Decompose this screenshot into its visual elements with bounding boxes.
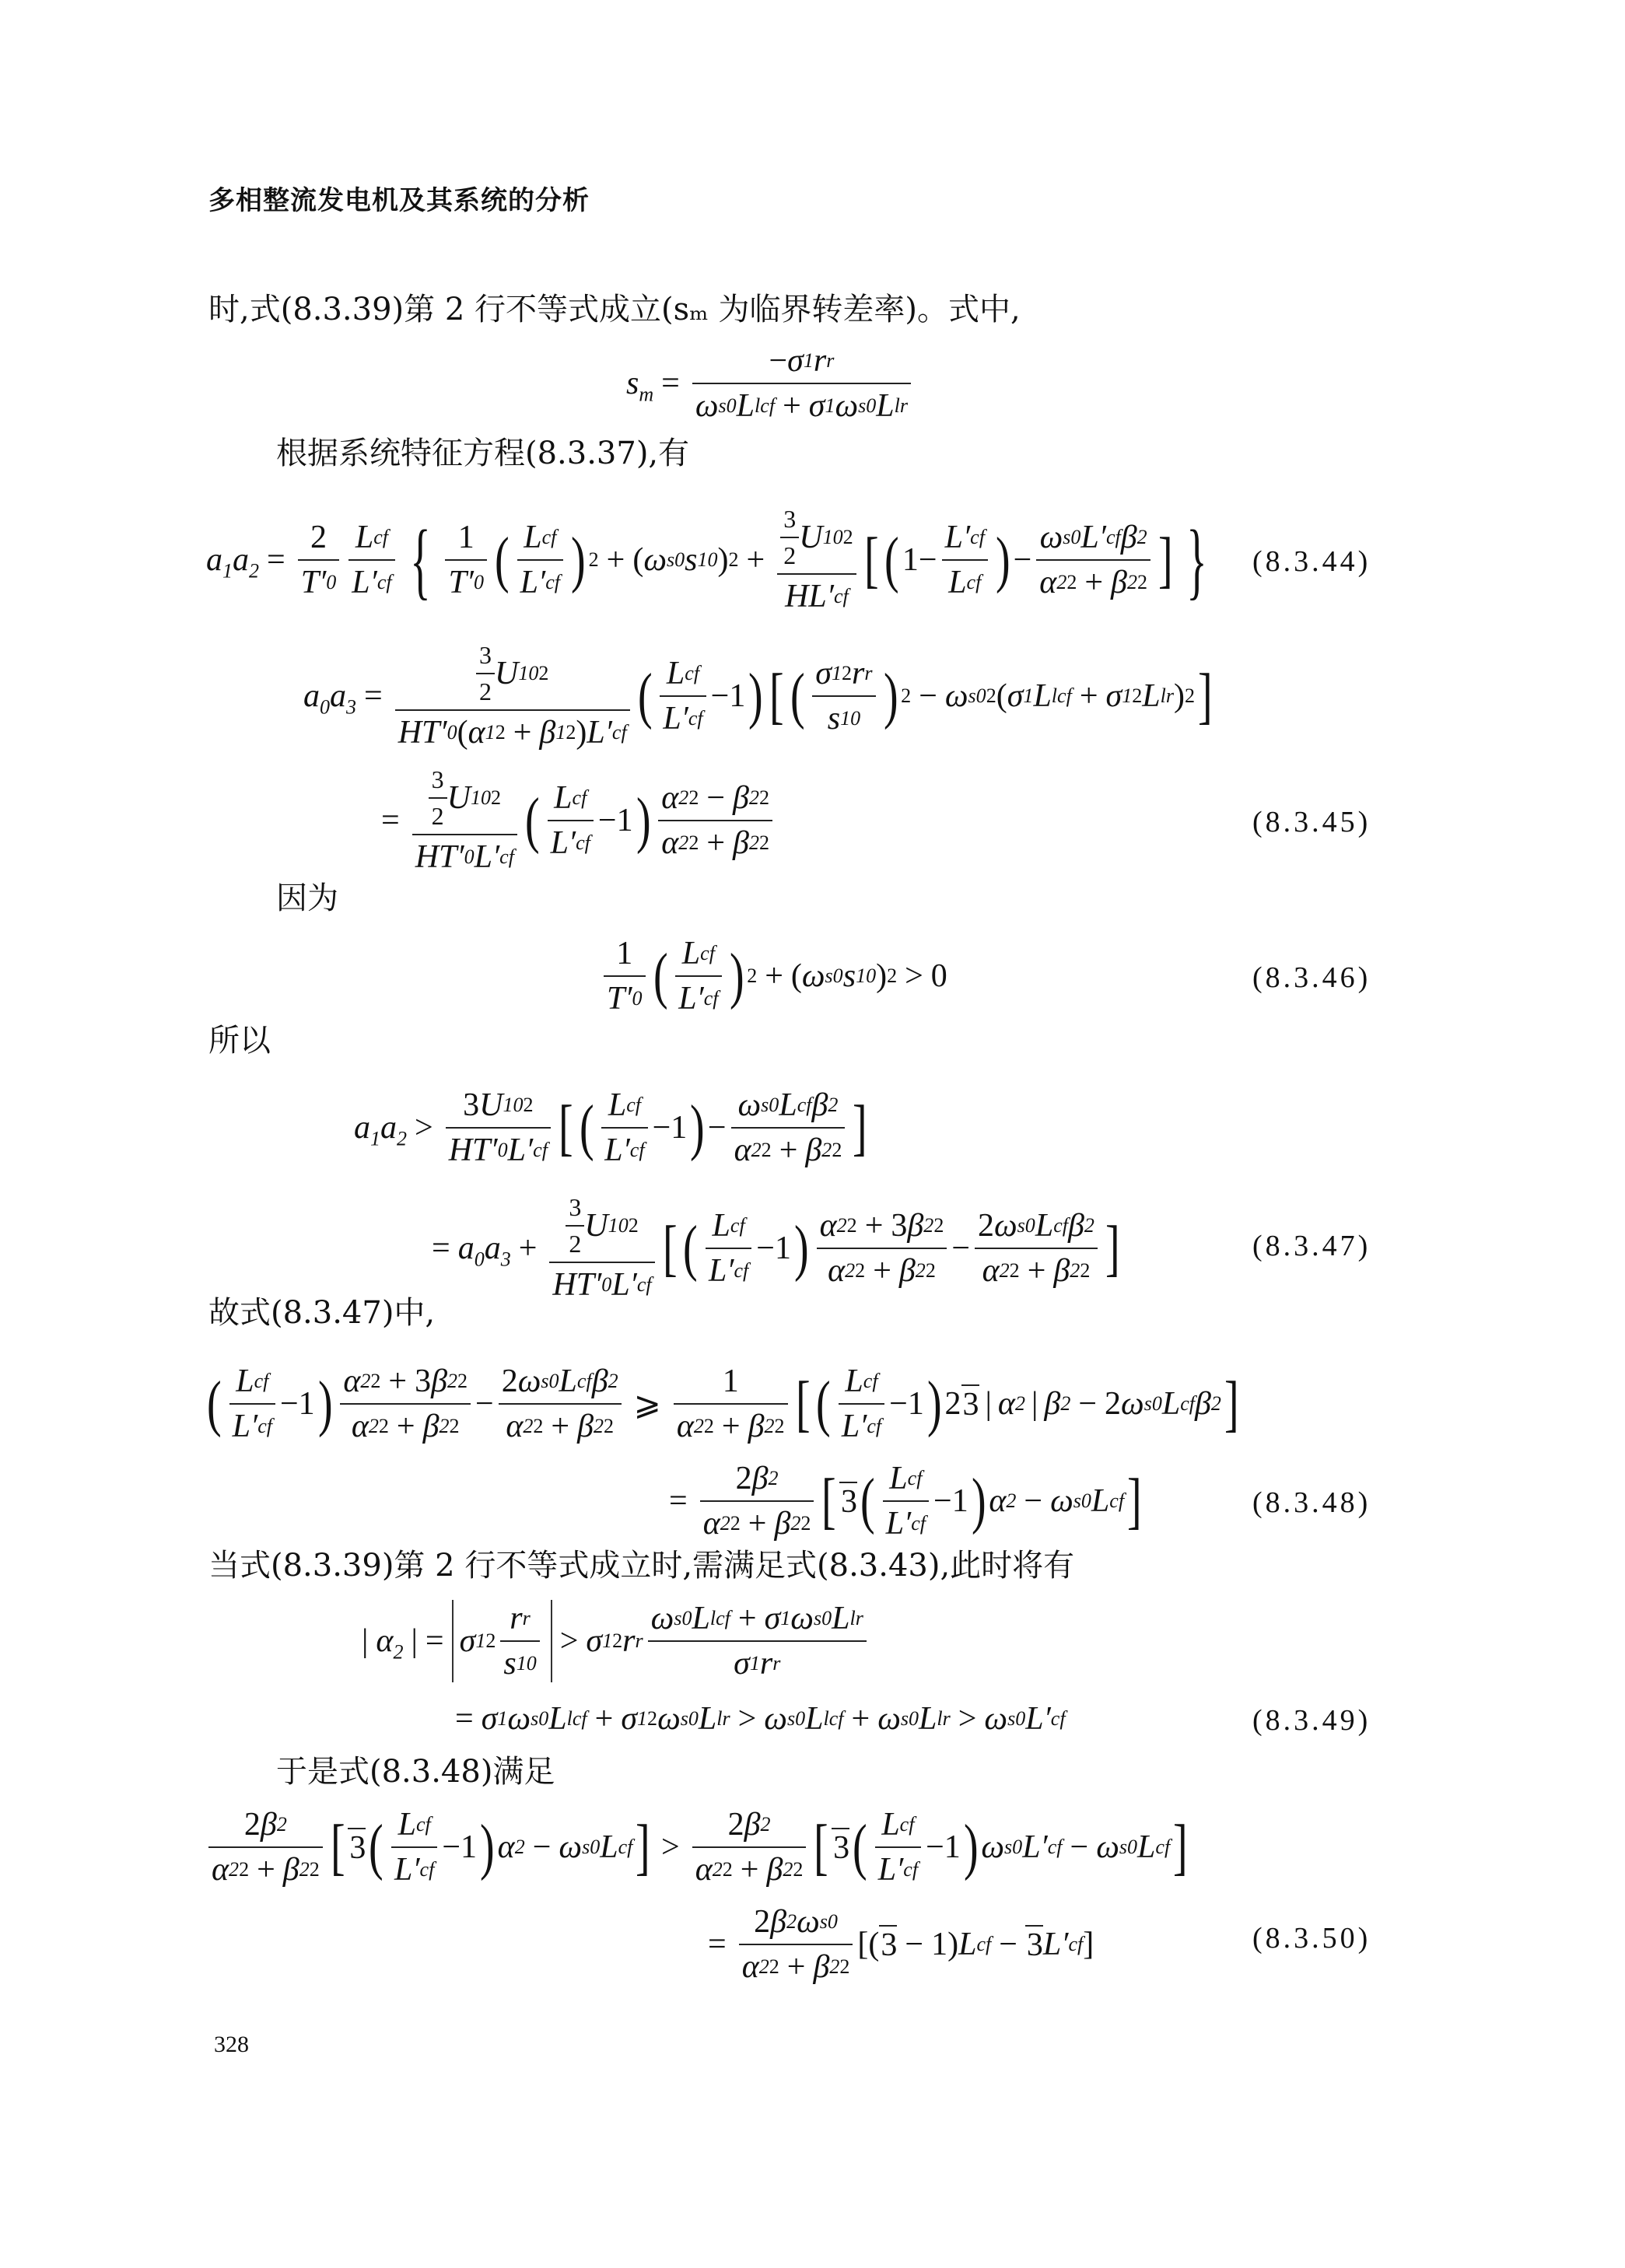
page-number: 328: [214, 2032, 249, 2058]
equation-8-3-50-line-1: 2β2α22+β22 [3(LcfL′cf−1)α2−ωs0Lcf] > 2β2…: [204, 1797, 1191, 1898]
equation-8-3-44: a1a2= 2T′0 LcfL′cf { 1T′0 (LcfL′cf)2 +(ω…: [206, 490, 1217, 630]
paragraph-line-5: 故式(8.3.47)中,: [208, 1297, 435, 1328]
equation-number-8-3-44: (8.3.44): [1252, 544, 1371, 579]
paragraph-line-6: 当式(8.3.39)第 2 行不等式成立时,需满足式(8.3.43),此时将有: [208, 1550, 1074, 1581]
equation-8-3-48-line-2: = 2β2α22+β22 [3(LcfL′cf−1)α2−ωs0Lcf]: [661, 1451, 1145, 1552]
running-header: 多相整流发电机及其系统的分析: [208, 179, 590, 217]
equation-number-8-3-45: (8.3.45): [1252, 805, 1371, 839]
equation-number-8-3-47: (8.3.47): [1252, 1229, 1371, 1263]
equation-8-3-47-line-1: a1a2> 3U102HT′0L′cf [(LcfL′cf−1)− ωs0Lcf…: [354, 1077, 870, 1178]
equation-number-8-3-50: (8.3.50): [1252, 1921, 1371, 1955]
equation-8-3-45-line-1: a0a3= 32U102HT′0(α12+β12)L′cf (LcfL′cf−1…: [303, 626, 1216, 766]
paragraph-line-7: 于是式(8.3.48)满足: [276, 1756, 555, 1787]
equation-8-3-48-line-1: (LcfL′cf−1) α22+3β22α22+β22− 2ωs0Lcfβ2α2…: [204, 1349, 1242, 1458]
equation-8-3-49-line-1: |α2|= σ12rrs10 >σ12rr ωs0Llcf+σ1ωs0Llrσ1…: [362, 1598, 871, 1684]
equation-number-8-3-49: (8.3.49): [1252, 1703, 1371, 1738]
equation-8-3-45-line-2: = 32U102HT′0L′cf (LcfL′cf−1) α22−β22α22+…: [373, 758, 777, 883]
equation-sm: sm= −σ1rrωs0Llcf+σ1ωs0Llr: [626, 342, 916, 425]
equation-8-3-47-line-2: =a0a3+ 32U102HT′0L′cf [(LcfL′cf−1) α22+3…: [424, 1186, 1123, 1311]
paragraph-line-1: 时,式(8.3.39)第 2 行不等式成立(sₘ 为临界转差率)。式中,: [208, 294, 1021, 325]
equation-number-8-3-48: (8.3.48): [1252, 1486, 1371, 1520]
equation-8-3-49-line-2: =σ1ωs0Llcf+σ12ωs0Llr>ωs0Llcf+ωs0Llr>ωs0L…: [447, 1696, 1066, 1742]
equation-8-3-46: 1T′0 (LcfL′cf)2 +(ωs0s10)2>0: [599, 926, 947, 1027]
paragraph-line-2: 根据系统特征方程(8.3.37),有: [276, 438, 689, 469]
equation-number-8-3-46: (8.3.46): [1252, 961, 1371, 995]
paragraph-line-4: 所以: [208, 1025, 271, 1056]
paragraph-line-3: 因为: [276, 883, 338, 914]
equation-8-3-50-line-2: = 2β2ωs0α22+β22 [(3−1)Lcf−3L′cf]: [700, 1898, 1094, 1991]
